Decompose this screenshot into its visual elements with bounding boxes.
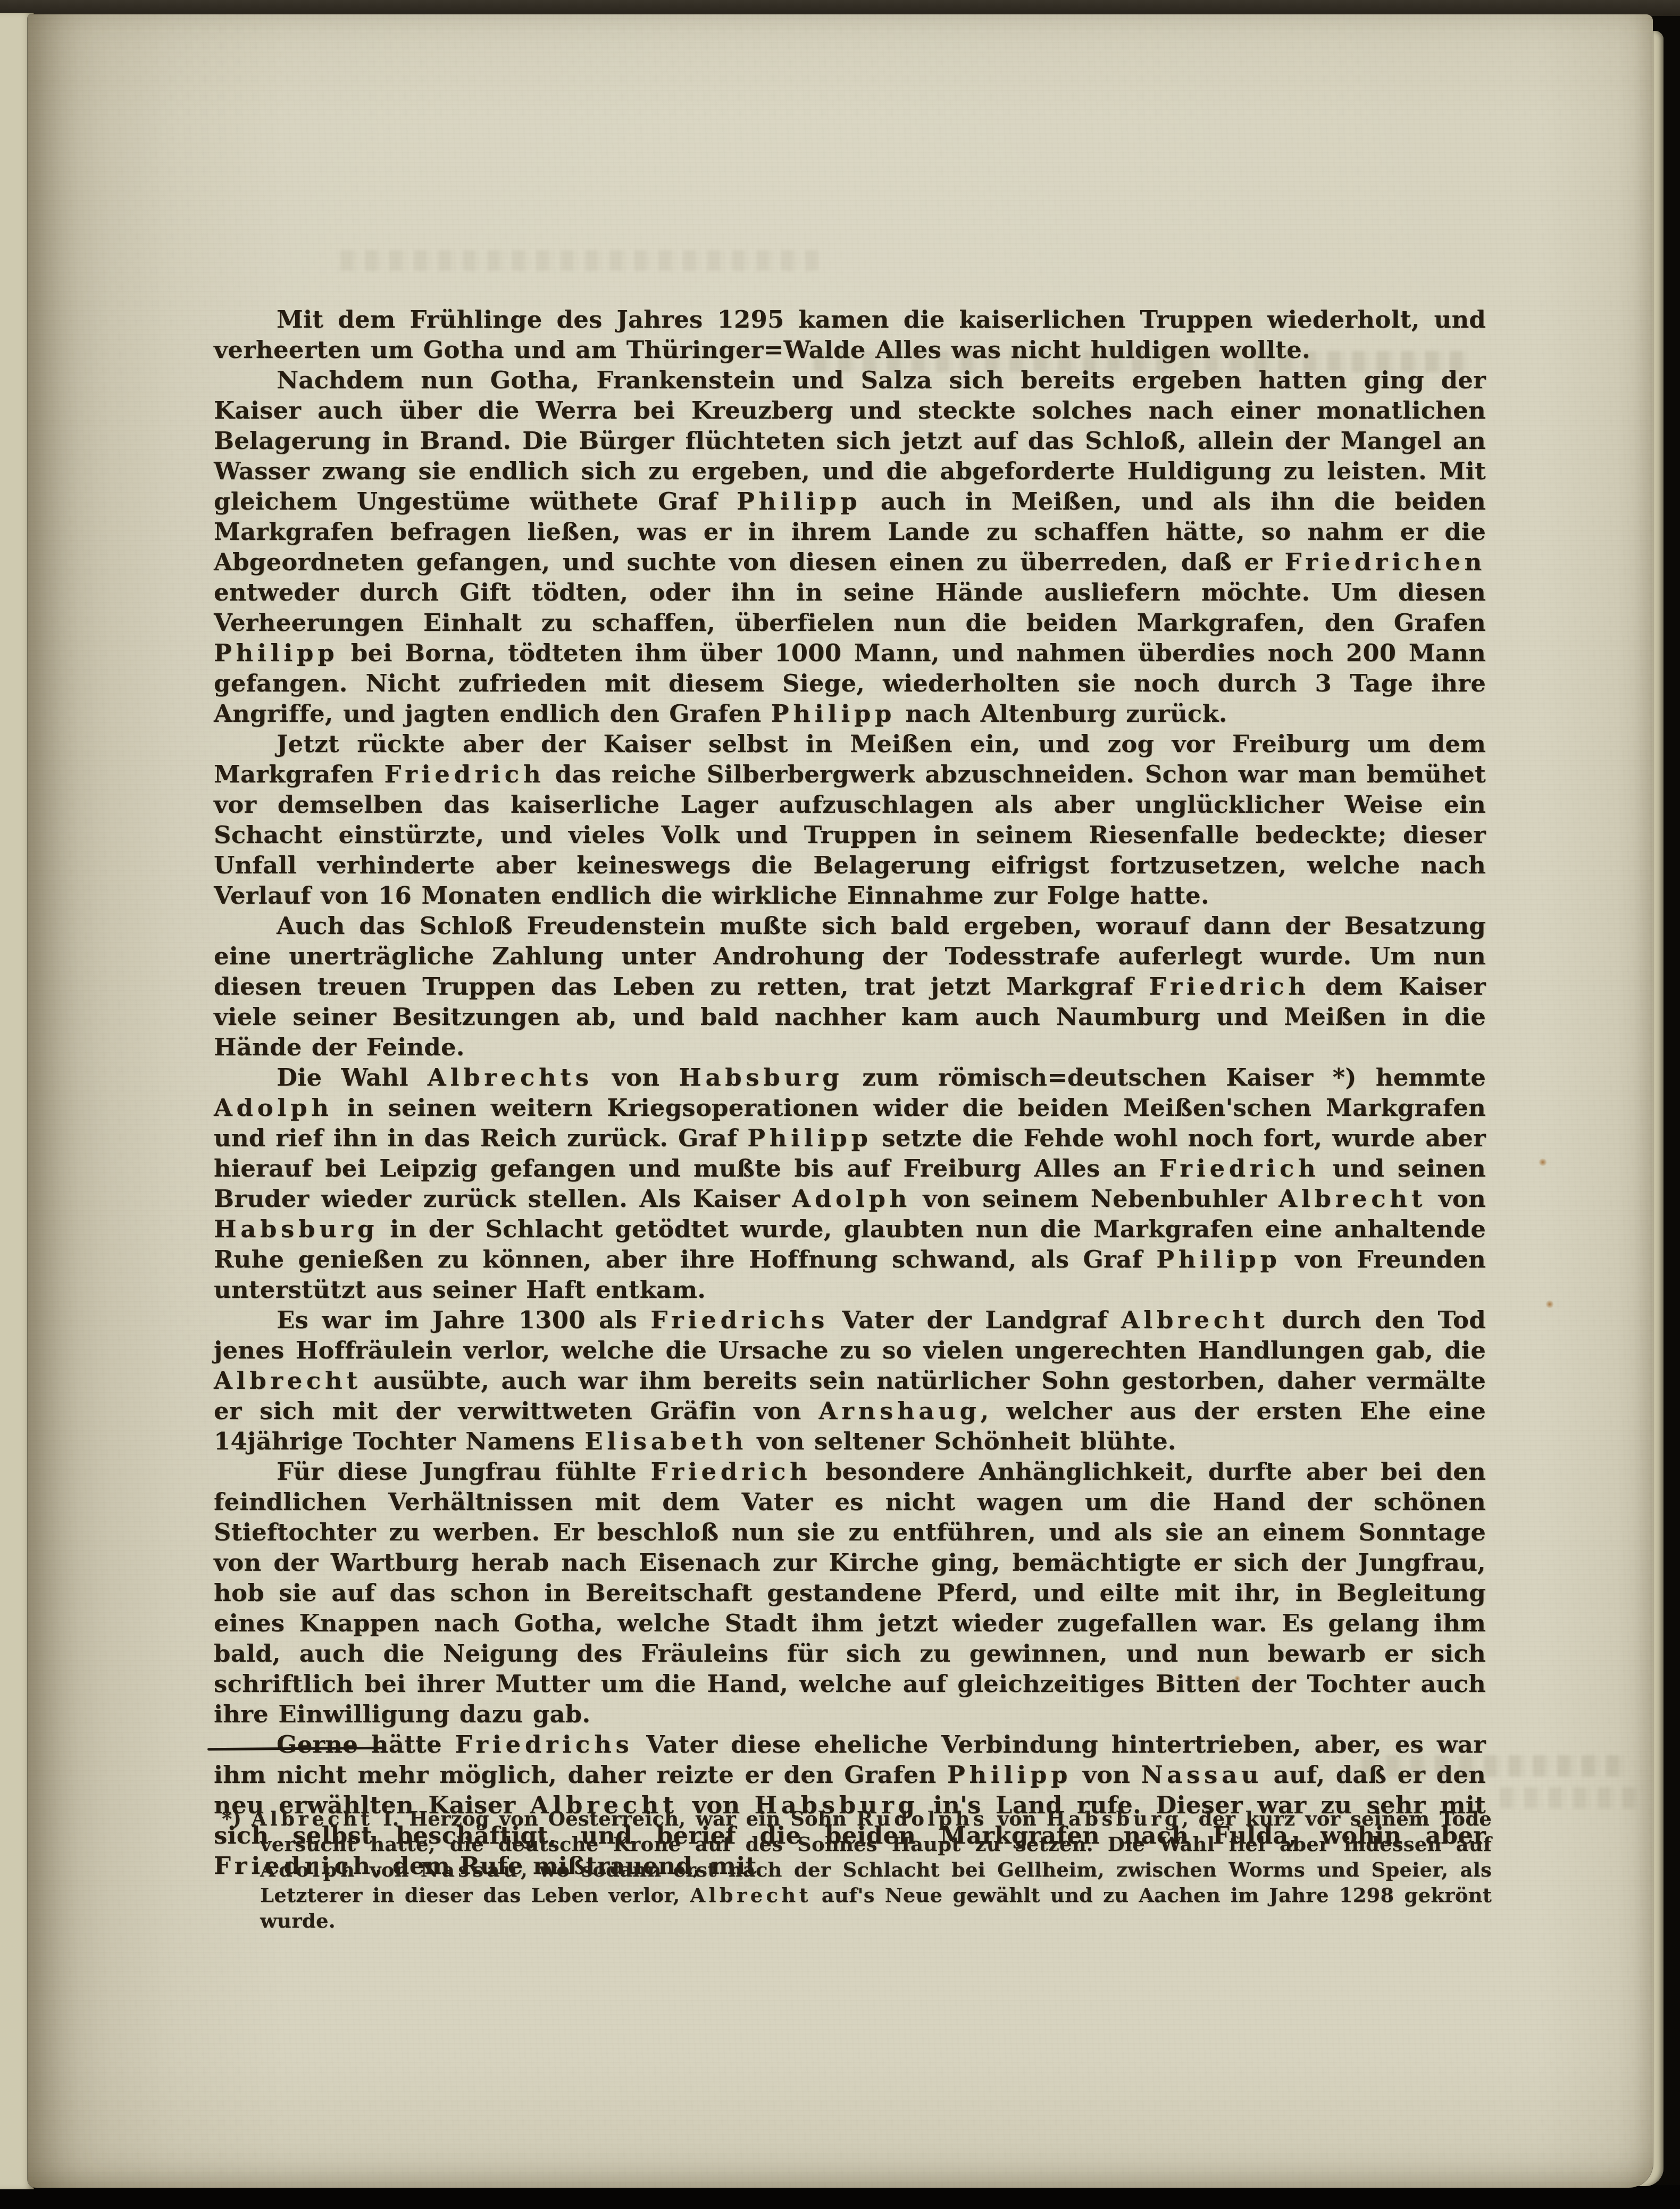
person-name-letterspaced: Philipp xyxy=(947,1761,1072,1789)
scan-top-band xyxy=(0,0,1680,16)
text-run: Mit dem Frühlinge des Jahres 1295 kamen … xyxy=(214,305,1486,364)
text-run: Vater der Landgraf xyxy=(829,1306,1121,1334)
book-scan: Mit dem Frühlinge des Jahres 1295 kamen … xyxy=(0,0,1680,2209)
text-run: Für diese Jungfrau fühlte xyxy=(277,1457,651,1486)
text-run: zum römisch=deutschen Kaiser *) hemmte xyxy=(843,1063,1486,1091)
person-name-letterspaced: Rudolphs xyxy=(857,1807,988,1830)
text-run: Die Wahl xyxy=(277,1063,428,1091)
text-run: von seinem Nebenbuhler xyxy=(911,1185,1278,1213)
person-name-letterspaced: Habsburg xyxy=(214,1215,378,1243)
text-run: von xyxy=(1426,1185,1486,1213)
text-run: Es war im Jahre 1300 als xyxy=(277,1306,650,1334)
person-name-letterspaced: Albrecht xyxy=(252,1807,373,1830)
person-name-letterspaced: Friedrich xyxy=(384,760,545,788)
person-name-letterspaced: Friedrich xyxy=(1149,972,1310,1001)
footnote: *) Albrecht I. Herzog von Oesterreich, w… xyxy=(222,1806,1492,1933)
person-name-letterspaced: Albrecht xyxy=(214,1366,362,1395)
text-run: Gerne hätte xyxy=(277,1730,455,1758)
text-run: von xyxy=(988,1807,1047,1830)
person-name-letterspaced: Philipp xyxy=(214,639,338,667)
paragraph: Nachdem nun Gotha, Frankenstein und Salz… xyxy=(214,365,1486,729)
person-name-letterspaced: Friedrich xyxy=(1159,1154,1320,1182)
scan-bottom-band xyxy=(0,2185,1680,2209)
text-run: von xyxy=(1072,1761,1141,1789)
text-run: von seltener Schönheit blühte. xyxy=(747,1427,1176,1455)
person-name-letterspaced: Albrecht xyxy=(1121,1306,1269,1334)
person-name-letterspaced: Albrechts xyxy=(428,1063,593,1091)
paragraph: Für diese Jungfrau fühlte Friedrich beso… xyxy=(214,1456,1486,1729)
paragraph: Jetzt rückte aber der Kaiser selbst in M… xyxy=(214,729,1486,911)
person-name-letterspaced: Friedrichs xyxy=(455,1730,633,1758)
text-run: nach Altenburg zurück. xyxy=(896,699,1227,728)
person-name-letterspaced: Philipp xyxy=(1156,1245,1281,1273)
person-name-letterspaced: Friedrichen xyxy=(1285,548,1486,576)
person-name-letterspaced: Nassau xyxy=(421,1858,521,1881)
footnote-marker: *) xyxy=(222,1807,252,1830)
person-name-letterspaced: Albrecht xyxy=(1278,1185,1426,1213)
page-text: Mit dem Frühlinge des Jahres 1295 kamen … xyxy=(214,304,1486,1881)
text-run: von xyxy=(358,1858,421,1881)
person-name-letterspaced: Elisabeth xyxy=(584,1427,747,1455)
paragraph: Es war im Jahre 1300 als Friedrichs Vate… xyxy=(214,1305,1486,1456)
person-name-letterspaced: Albrecht xyxy=(690,1883,812,1907)
person-name-letterspaced: Adolph xyxy=(214,1094,333,1122)
paragraph: Die Wahl Albrechts von Habsburg zum römi… xyxy=(214,1062,1486,1305)
person-name-letterspaced: Arnshaug xyxy=(819,1397,981,1425)
person-name-letterspaced: Philipp xyxy=(771,699,896,728)
person-name-letterspaced: Friedrich xyxy=(651,1457,812,1486)
person-name-letterspaced: Friedrichs xyxy=(650,1306,829,1334)
book-page: Mit dem Frühlinge des Jahres 1295 kamen … xyxy=(28,14,1653,2188)
person-name-letterspaced: Habsburg xyxy=(1047,1807,1182,1830)
paragraph: Auch das Schloß Freudenstein mußte sich … xyxy=(214,911,1486,1062)
person-name-letterspaced: Adolph xyxy=(260,1858,358,1881)
person-name-letterspaced: Adolph xyxy=(792,1185,911,1213)
text-run: besondere Anhänglichkeit, durfte aber be… xyxy=(214,1457,1486,1728)
person-name-letterspaced: Philipp xyxy=(737,487,861,515)
paragraph: Mit dem Frühlinge des Jahres 1295 kamen … xyxy=(214,304,1486,365)
text-run: entweder durch Gift tödten, oder ihn in … xyxy=(214,578,1486,637)
text-run: I. Herzog von Oesterreich, war ein Sohn xyxy=(373,1807,856,1830)
text-run: von xyxy=(593,1063,679,1091)
person-name-letterspaced: Philipp xyxy=(747,1124,872,1152)
person-name-letterspaced: Nassau xyxy=(1141,1761,1263,1789)
person-name-letterspaced: Habsburg xyxy=(679,1063,843,1091)
